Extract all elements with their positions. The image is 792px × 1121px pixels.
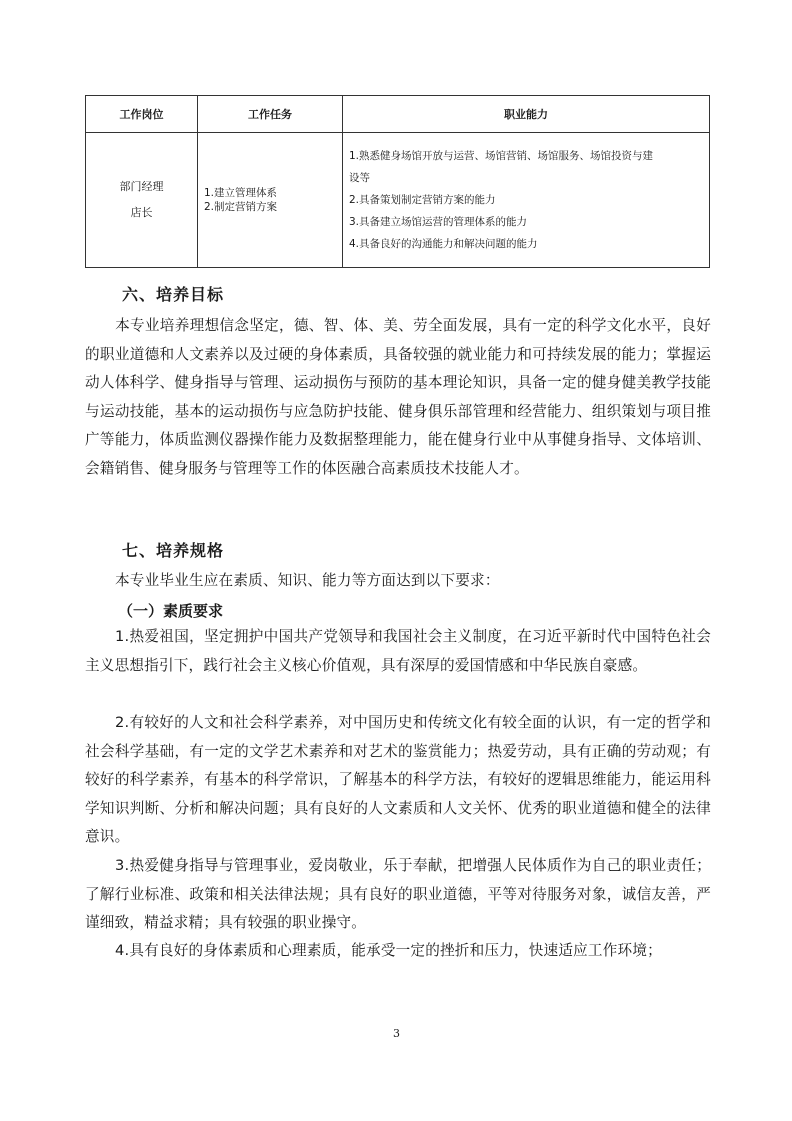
job-competency-table: 工作岗位 工作任务 职业能力 部门经理 店长 1.建立管理体系 2.制定营销方案… xyxy=(85,95,710,268)
quality-item-2: 2.有较好的人文和社会科学素养，对中国历史和传统文化有较全面的认识，有一定的哲学… xyxy=(85,709,711,852)
cell-ability: 1.熟悉健身场馆开放与运营、场馆营销、场馆服务、场馆投资与建 设等 2.具备策划… xyxy=(343,133,710,268)
cell-task: 1.建立管理体系 2.制定营销方案 xyxy=(198,133,343,268)
paragraph-text: 本专业培养理想信念坚定，德、智、体、美、劳全面发展，具有一定的科学文化水平，良好… xyxy=(85,317,711,477)
ability-item: 3.具备建立场馆运营的管理体系的能力 xyxy=(349,211,709,233)
section-heading-training-specs: 七、培养规格 xyxy=(122,538,224,561)
paragraph-text: 1.热爱祖国，坚定拥护中国共产党领导和我国社会主义制度，在习近平新时代中国特色社… xyxy=(85,628,711,674)
paragraph-text: 4.具有良好的身体素质和心理素质，能承受一定的挫折和压力，快速适应工作环境； xyxy=(115,942,662,959)
specs-intro: 本专业毕业生应在素质、知识、能力等方面达到以下要求： xyxy=(85,567,711,596)
quality-item-3: 3.热爱健身指导与管理事业，爱岗敬业，乐于奉献，把增强人民体质作为自己的职业责任… xyxy=(85,852,711,938)
table-header-row: 工作岗位 工作任务 职业能力 xyxy=(86,96,710,133)
header-post: 工作岗位 xyxy=(86,96,198,133)
ability-item: 1.熟悉健身场馆开放与运营、场馆营销、场馆服务、场馆投资与建 xyxy=(349,145,709,167)
page-number: 3 xyxy=(393,1027,400,1040)
quality-item-4: 4.具有良好的身体素质和心理素质，能承受一定的挫折和压力，快速适应工作环境； xyxy=(85,937,711,966)
task-item: 2.制定营销方案 xyxy=(204,200,342,214)
cell-post: 部门经理 店长 xyxy=(86,133,198,268)
quality-item-1: 1.热爱祖国，坚定拥护中国共产党领导和我国社会主义制度，在习近平新时代中国特色社… xyxy=(85,623,711,680)
post-item: 部门经理 xyxy=(86,174,197,200)
paragraph-text: 2.有较好的人文和社会科学素养，对中国历史和传统文化有较全面的认识，有一定的哲学… xyxy=(85,714,711,845)
header-task: 工作任务 xyxy=(198,96,343,133)
ability-item: 2.具备策划制定营销方案的能力 xyxy=(349,189,709,211)
document-page: 工作岗位 工作任务 职业能力 部门经理 店长 1.建立管理体系 2.制定营销方案… xyxy=(0,0,792,1121)
post-item: 店长 xyxy=(86,200,197,226)
table-row: 部门经理 店长 1.建立管理体系 2.制定营销方案 1.熟悉健身场馆开放与运营、… xyxy=(86,133,710,268)
paragraph-text: 3.热爱健身指导与管理事业，爱岗敬业，乐于奉献，把增强人民体质作为自己的职业责任… xyxy=(85,857,711,931)
ability-item: 4.具备良好的沟通能力和解决问题的能力 xyxy=(349,233,709,255)
header-ability: 职业能力 xyxy=(343,96,710,133)
task-item: 1.建立管理体系 xyxy=(204,186,342,200)
ability-item: 设等 xyxy=(349,167,709,189)
section-heading-training-goals: 六、培养目标 xyxy=(122,282,224,305)
paragraph-text: 本专业毕业生应在素质、知识、能力等方面达到以下要求： xyxy=(115,572,500,589)
subheading-quality-requirements: （一）素质要求 xyxy=(118,600,223,621)
training-goals-paragraph: 本专业培养理想信念坚定，德、智、体、美、劳全面发展，具有一定的科学文化水平，良好… xyxy=(85,312,711,483)
